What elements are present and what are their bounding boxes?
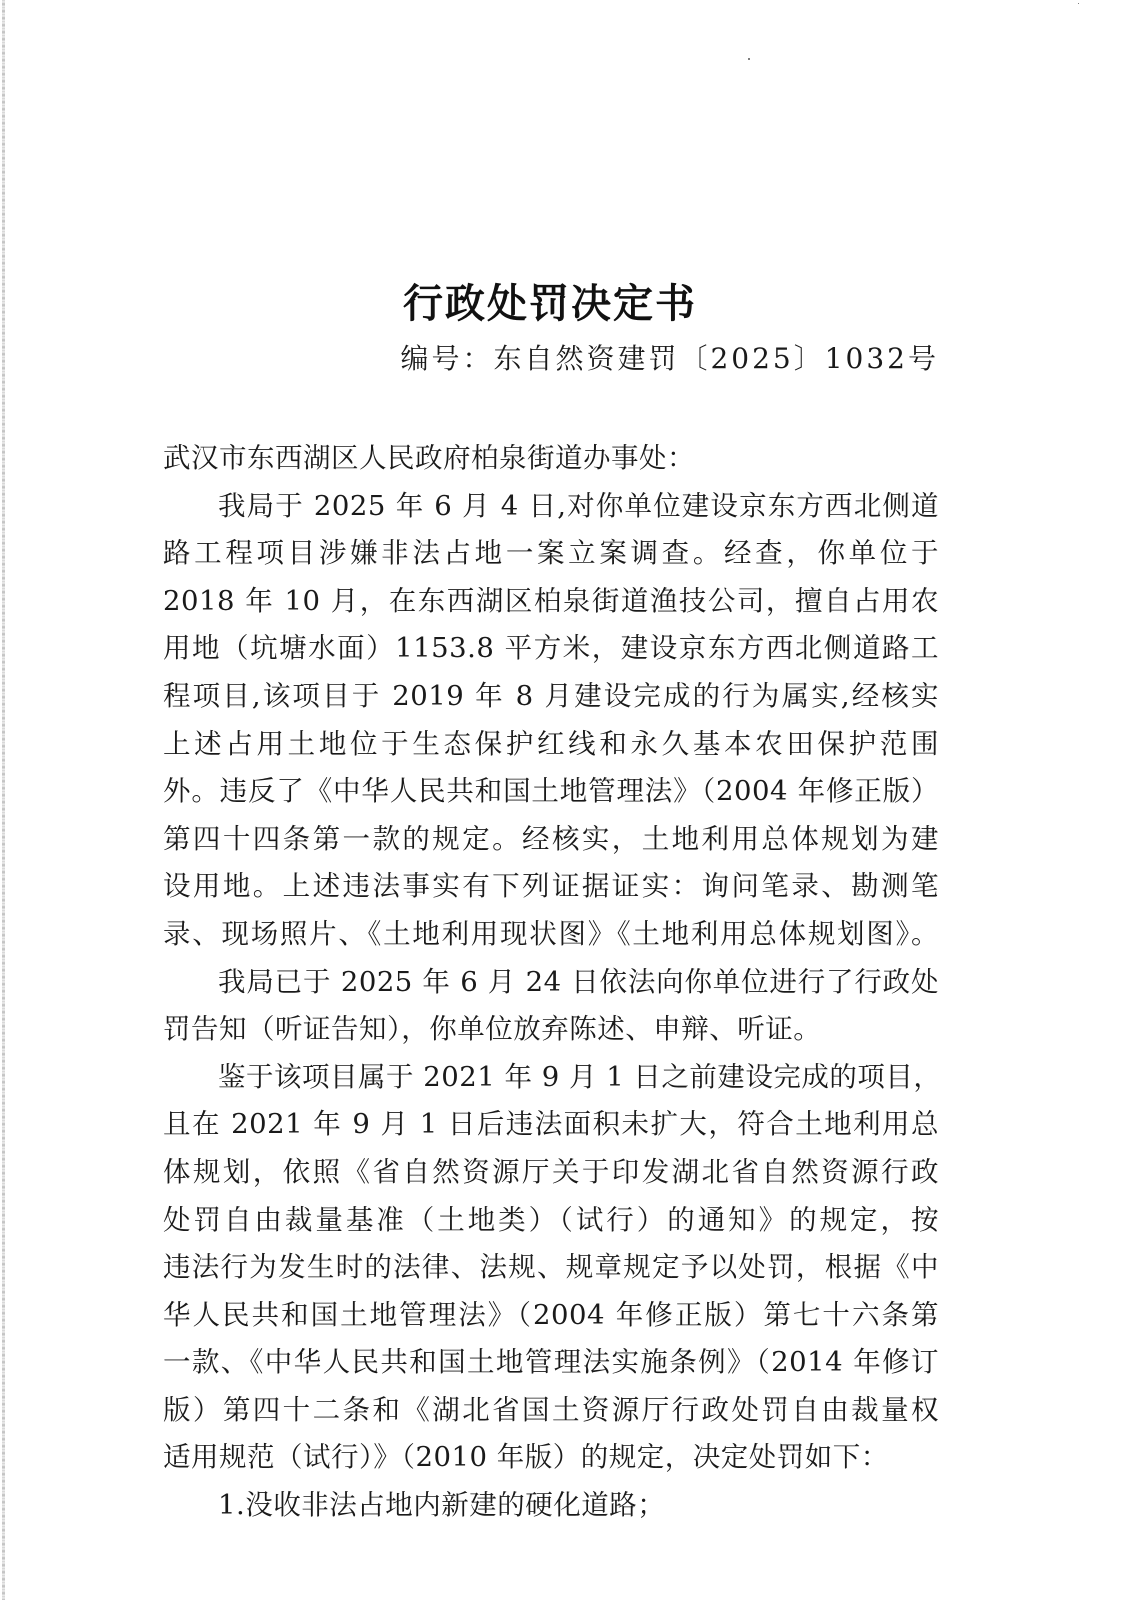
text-line: 外。违反了《中华人民共和国土地管理法》（2004 年修正版） bbox=[163, 768, 939, 816]
text-line: 适用规范（试行）》（2010 年版）的规定，决定处罚如下： bbox=[163, 1434, 939, 1482]
text-line: 体规划，依照《省自然资源厅关于印发湖北省自然资源行政 bbox=[163, 1149, 939, 1197]
paragraph-investigation: 我局于 2025 年 6 月 4 日,对你单位建设京东方西北侧道 路工程项目涉嫌… bbox=[163, 483, 939, 959]
text-line: 录、现场照片、《土地利用现状图》《土地利用总体规划图》。 bbox=[163, 911, 939, 959]
text-line: 罚告知（听证告知），你单位放弃陈述、申辩、听证。 bbox=[163, 1006, 939, 1054]
addressee: 武汉市东西湖区人民政府柏泉街道办事处： bbox=[163, 435, 939, 483]
paragraph-legal-basis: 鉴于该项目属于 2021 年 9 月 1 日之前建设完成的项目， 且在 2021… bbox=[163, 1054, 939, 1482]
text-line: 上述占用土地位于生态保护红线和永久基本农田保护范围 bbox=[163, 721, 939, 769]
text-line: 程项目,该项目于 2019 年 8 月建设完成的行为属实,经核实 bbox=[163, 673, 939, 721]
scan-speck bbox=[748, 58, 750, 60]
document-title: 行政处罚决定书 bbox=[403, 272, 697, 329]
text-line: 且在 2021 年 9 月 1 日后违法面积未扩大，符合土地利用总 bbox=[163, 1101, 939, 1149]
text-line: 1.没收非法占地内新建的硬化道路； bbox=[163, 1482, 939, 1530]
scan-speck bbox=[1078, 3, 1079, 4]
document-number: 编号：东自然资建罚〔2025〕1032号 bbox=[400, 337, 939, 377]
text-line: 一款、《中华人民共和国土地管理法实施条例》（2014 年修订 bbox=[163, 1339, 939, 1387]
scan-edge-artifact bbox=[2, 0, 5, 1600]
text-line: 版）第四十二条和《湖北省国土资源厅行政处罚自由裁量权 bbox=[163, 1387, 939, 1435]
text-line: 处罚自由裁量基准（土地类）（试行）的通知》的规定，按 bbox=[163, 1197, 939, 1245]
text-line: 用地（坑塘水面）1153.8 平方米，建设京东方西北侧道路工 bbox=[163, 625, 939, 673]
penalty-item-1: 1.没收非法占地内新建的硬化道路； bbox=[163, 1482, 939, 1530]
text-line: 华人民共和国土地管理法》（2004 年修正版）第七十六条第 bbox=[163, 1292, 939, 1340]
document-body: 武汉市东西湖区人民政府柏泉街道办事处： 我局于 2025 年 6 月 4 日,对… bbox=[163, 435, 939, 1530]
text-line: 我局已于 2025 年 6 月 24 日依法向你单位进行了行政处 bbox=[163, 959, 939, 1007]
text-line: 第四十四条第一款的规定。经核实，土地利用总体规划为建 bbox=[163, 816, 939, 864]
text-line: 鉴于该项目属于 2021 年 9 月 1 日之前建设完成的项目， bbox=[163, 1054, 939, 1102]
text-line: 2018 年 10 月，在东西湖区柏泉街道渔技公司，擅自占用农 bbox=[163, 578, 939, 626]
text-line: 我局于 2025 年 6 月 4 日,对你单位建设京东方西北侧道 bbox=[163, 483, 939, 531]
text-line: 设用地。上述违法事实有下列证据证实：询问笔录、勘测笔 bbox=[163, 863, 939, 911]
text-line: 违法行为发生时的法律、法规、规章规定予以处罚，根据《中 bbox=[163, 1244, 939, 1292]
paragraph-notification: 我局已于 2025 年 6 月 24 日依法向你单位进行了行政处 罚告知（听证告… bbox=[163, 959, 939, 1054]
text-line: 路工程项目涉嫌非法占地一案立案调查。经查，你单位于 bbox=[163, 530, 939, 578]
